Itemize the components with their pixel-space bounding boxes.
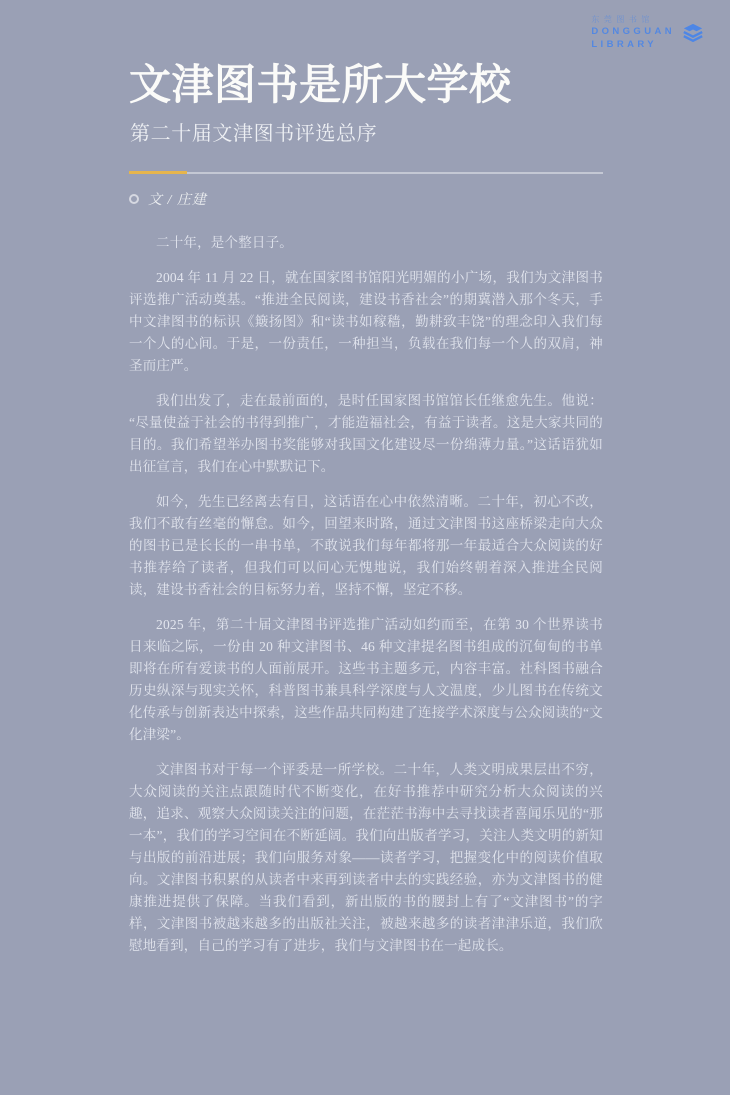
divider-accent [129, 171, 187, 174]
paragraph: 2004 年 11 月 22 日，就在国家图书馆阳光明媚的小广场，我们为文津图书… [129, 267, 603, 377]
title-divider [129, 171, 603, 174]
library-name-en-line2: LIBRARY [591, 40, 675, 50]
paragraph: 如今，先生已经离去有日，这话语在心中依然清晰。二十年，初心不改，我们不敢有丝毫的… [129, 491, 603, 601]
byline: 文 / 庄建 [129, 189, 603, 209]
page-title: 文津图书是所大学校 [129, 62, 603, 110]
page-subtitle: 第二十届文津图书评选总序 [130, 122, 603, 146]
paragraph: 2025 年，第二十届文津图书评选推广活动如约而至，在第 30 个世界读书日来临… [129, 614, 603, 746]
article: 文津图书是所大学校 第二十届文津图书评选总序 文 / 庄建 二十年，是个整日子。… [129, 62, 603, 970]
stacked-books-icon [682, 22, 704, 44]
library-name-en-line1: DONGGUAN [591, 27, 675, 37]
library-logo: 东莞图书馆 DONGGUAN LIBRARY [591, 16, 704, 49]
paragraph: 我们出发了，走在最前面的，是时任国家图书馆馆长任继愈先生。他说：“尽量使益于社会… [129, 390, 603, 478]
paragraph: 二十年，是个整日子。 [129, 232, 603, 254]
paragraph: 文津图书对于每一个评委是一所学校。二十年，人类文明成果层出不穷，大众阅读的关注点… [129, 759, 603, 957]
ring-bullet-icon [129, 194, 139, 204]
paragraphs: 二十年，是个整日子。2004 年 11 月 22 日，就在国家图书馆阳光明媚的小… [129, 232, 603, 957]
library-name-cn: 东莞图书馆 [591, 16, 675, 24]
article-page: { "page": { "background_color": "#9aa0b5… [0, 0, 730, 1095]
byline-text: 文 / 庄建 [148, 189, 207, 209]
divider-line [129, 172, 603, 174]
library-logo-text: 东莞图书馆 DONGGUAN LIBRARY [591, 16, 675, 49]
